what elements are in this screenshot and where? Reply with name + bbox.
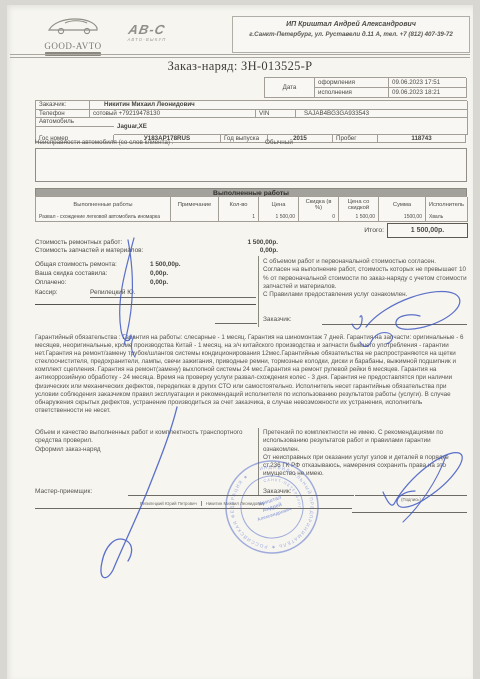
cost-works-line: Стоимость ремонтных работ: 1 500,00р. bbox=[35, 239, 278, 246]
master-printed-name: Репилецкий Юрий Петрович bbox=[140, 501, 201, 506]
company-name: ИП Криштал Андрей Александрович bbox=[233, 21, 469, 28]
mileage-value: 118743 bbox=[378, 135, 466, 143]
date-completed-label: исполнения bbox=[315, 88, 389, 98]
works-table-header: Выполненные работы Примечание Кол-во Цен… bbox=[35, 196, 467, 214]
work-sum: 1500,00 bbox=[379, 213, 426, 222]
total-value: 1 500,00р. bbox=[387, 223, 468, 238]
work-discount: 0 bbox=[299, 213, 339, 222]
customer-label: Заказчик: bbox=[36, 101, 90, 110]
phone-value: сотовый +79219478130 bbox=[90, 110, 256, 119]
inspection-text: Объем и качество выполненных работ и ком… bbox=[35, 429, 250, 454]
total-label: Итого: bbox=[300, 224, 384, 237]
date-created-label: оформления bbox=[315, 78, 389, 88]
cost-total-label: Общая стоимость ремонта: bbox=[35, 261, 150, 268]
works-table-row: Развал - схождение легковой автомобиль и… bbox=[35, 213, 467, 222]
complaints-label: Неисправности автомобиля (со слов клиент… bbox=[35, 139, 174, 146]
agreement-text: С объемом работ и первоначальной стоимос… bbox=[263, 258, 467, 299]
complaints-box bbox=[35, 148, 467, 182]
cashier-label: Кассир: bbox=[35, 289, 90, 296]
customer-sign-label-mid: Заказчик: bbox=[263, 316, 292, 323]
cost-works-value: 1 500,00р. bbox=[247, 239, 278, 246]
customer-printed-name: Никитин Михаил Леонидович bbox=[201, 501, 264, 506]
avtovykup-logo-text: АВТО-ВЫКУП bbox=[112, 37, 182, 42]
work-executor: Хваль bbox=[426, 213, 468, 222]
document-title: Заказ-наряд: ЗН-013525-Р bbox=[0, 59, 480, 74]
warranty-text: Гарантийный обязательства : Гарантия на … bbox=[35, 334, 467, 415]
avtovykup-logo-mark: АВ-С bbox=[110, 22, 183, 37]
short-sign-line bbox=[215, 323, 257, 324]
discount-line: Ваша скидка составила: 0,00р. bbox=[35, 270, 255, 277]
customer-sign-line-mid bbox=[322, 324, 467, 325]
customer-sign-line-bottom-2 bbox=[352, 512, 467, 513]
complaints-value: Обычный bbox=[265, 139, 293, 146]
customer-table: Заказчик: Никитин Михаил Леонидович Теле… bbox=[35, 100, 467, 143]
cashier-line: Кассир: Репилецкий Ю. bbox=[35, 289, 255, 296]
car-label: Автомобиль bbox=[36, 118, 114, 127]
paid-label: Оплачено: bbox=[35, 279, 150, 286]
signature-hint: (Подпись) bbox=[355, 497, 467, 502]
names-underline bbox=[35, 508, 352, 509]
year-label: Год выпуска bbox=[221, 135, 268, 143]
company-info-box: ИП Криштал Андрей Александрович г.Санкт-… bbox=[232, 16, 470, 53]
bottom-section-divider bbox=[258, 428, 259, 496]
work-discounted-price: 1 500,00 bbox=[339, 213, 379, 222]
avtovykup-logo: АВ-С АВТО-ВЫКУП bbox=[112, 22, 182, 42]
master-label: Мастер-приемщик: bbox=[35, 488, 92, 495]
master-sign-line bbox=[128, 495, 354, 496]
col-header-sum: Сумма bbox=[379, 197, 426, 214]
paid-value: 0,00р. bbox=[150, 279, 168, 286]
work-price: 1 500,00 bbox=[259, 213, 299, 222]
col-header-works: Выполненные работы bbox=[36, 197, 171, 214]
no-claims-text: Претензий по комплектности не имею. С ре… bbox=[263, 429, 467, 479]
phone-label: Телефон bbox=[36, 110, 90, 119]
cost-total-value: 1 500,00р. bbox=[150, 261, 181, 268]
goodavto-logo: GOOD-AVTO bbox=[38, 16, 108, 56]
cost-section-divider bbox=[258, 256, 259, 327]
customer-sign-line-bottom bbox=[355, 495, 467, 496]
date-completed-value: 09.06.2023 18:21 bbox=[389, 88, 467, 98]
work-note bbox=[171, 213, 219, 222]
printed-names: Репилецкий Юрий Петрович Никитин Михаил … bbox=[140, 501, 264, 506]
date-created-value: 09.06.2023 17:51 bbox=[389, 78, 467, 88]
goodavto-logo-text: GOOD-AVTO bbox=[38, 41, 108, 51]
scanned-work-order: { "header": { "logo1_name": "GOOD-AVTO",… bbox=[0, 0, 480, 679]
work-qty: 1 bbox=[219, 213, 259, 222]
vin-label: VIN bbox=[256, 110, 296, 119]
header-divider bbox=[10, 54, 470, 58]
cashier-name: Репилецкий Ю. bbox=[90, 289, 135, 296]
col-header-qty: Кол-во bbox=[219, 197, 259, 214]
cashier-sign-line bbox=[90, 297, 256, 298]
cost-parts-value: 0,00р. bbox=[260, 247, 278, 254]
cost-works-label: Стоимость ремонтных работ: bbox=[35, 239, 247, 246]
col-header-note: Примечание bbox=[171, 197, 219, 214]
cost-parts-line: Стоимость запчастей и материалов: 0,00р. bbox=[35, 247, 278, 254]
col-header-executor: Исполнитель bbox=[426, 197, 468, 214]
discount-value: 0,00р. bbox=[150, 270, 168, 277]
date-label: Дата bbox=[265, 78, 315, 98]
car-value: Jaguar,XE bbox=[114, 118, 468, 135]
discount-label: Ваша скидка составила: bbox=[35, 270, 150, 277]
customer-sign-label-bottom: Заказчик: bbox=[263, 488, 292, 495]
customer-name: Никитин Михаил Леонидович bbox=[90, 101, 468, 110]
car-icon bbox=[45, 16, 101, 36]
company-address-phone: г.Санкт-Петербург, ул. Руставели д.11 А,… bbox=[233, 31, 469, 38]
col-header-discounted-price: Цена со скидкой bbox=[339, 197, 379, 214]
paid-line: Оплачено: 0,00р. bbox=[35, 279, 255, 286]
cost-total-line: Общая стоимость ремонта: 1 500,00р. bbox=[35, 261, 255, 268]
vin-value: SAJAB4BG3GA933543 bbox=[296, 110, 468, 119]
work-name: Развал - схождение легковой автомобиль и… bbox=[36, 213, 171, 222]
mileage-label: Пробег bbox=[333, 135, 378, 143]
left-block-underline bbox=[35, 304, 256, 305]
cost-parts-label: Стоимость запчастей и материалов: bbox=[35, 247, 260, 254]
col-header-discount: Скидка (в %) bbox=[299, 197, 339, 214]
date-table: Дата оформления 09.06.2023 17:51 исполне… bbox=[264, 77, 466, 98]
col-header-price: Цена bbox=[259, 197, 299, 214]
